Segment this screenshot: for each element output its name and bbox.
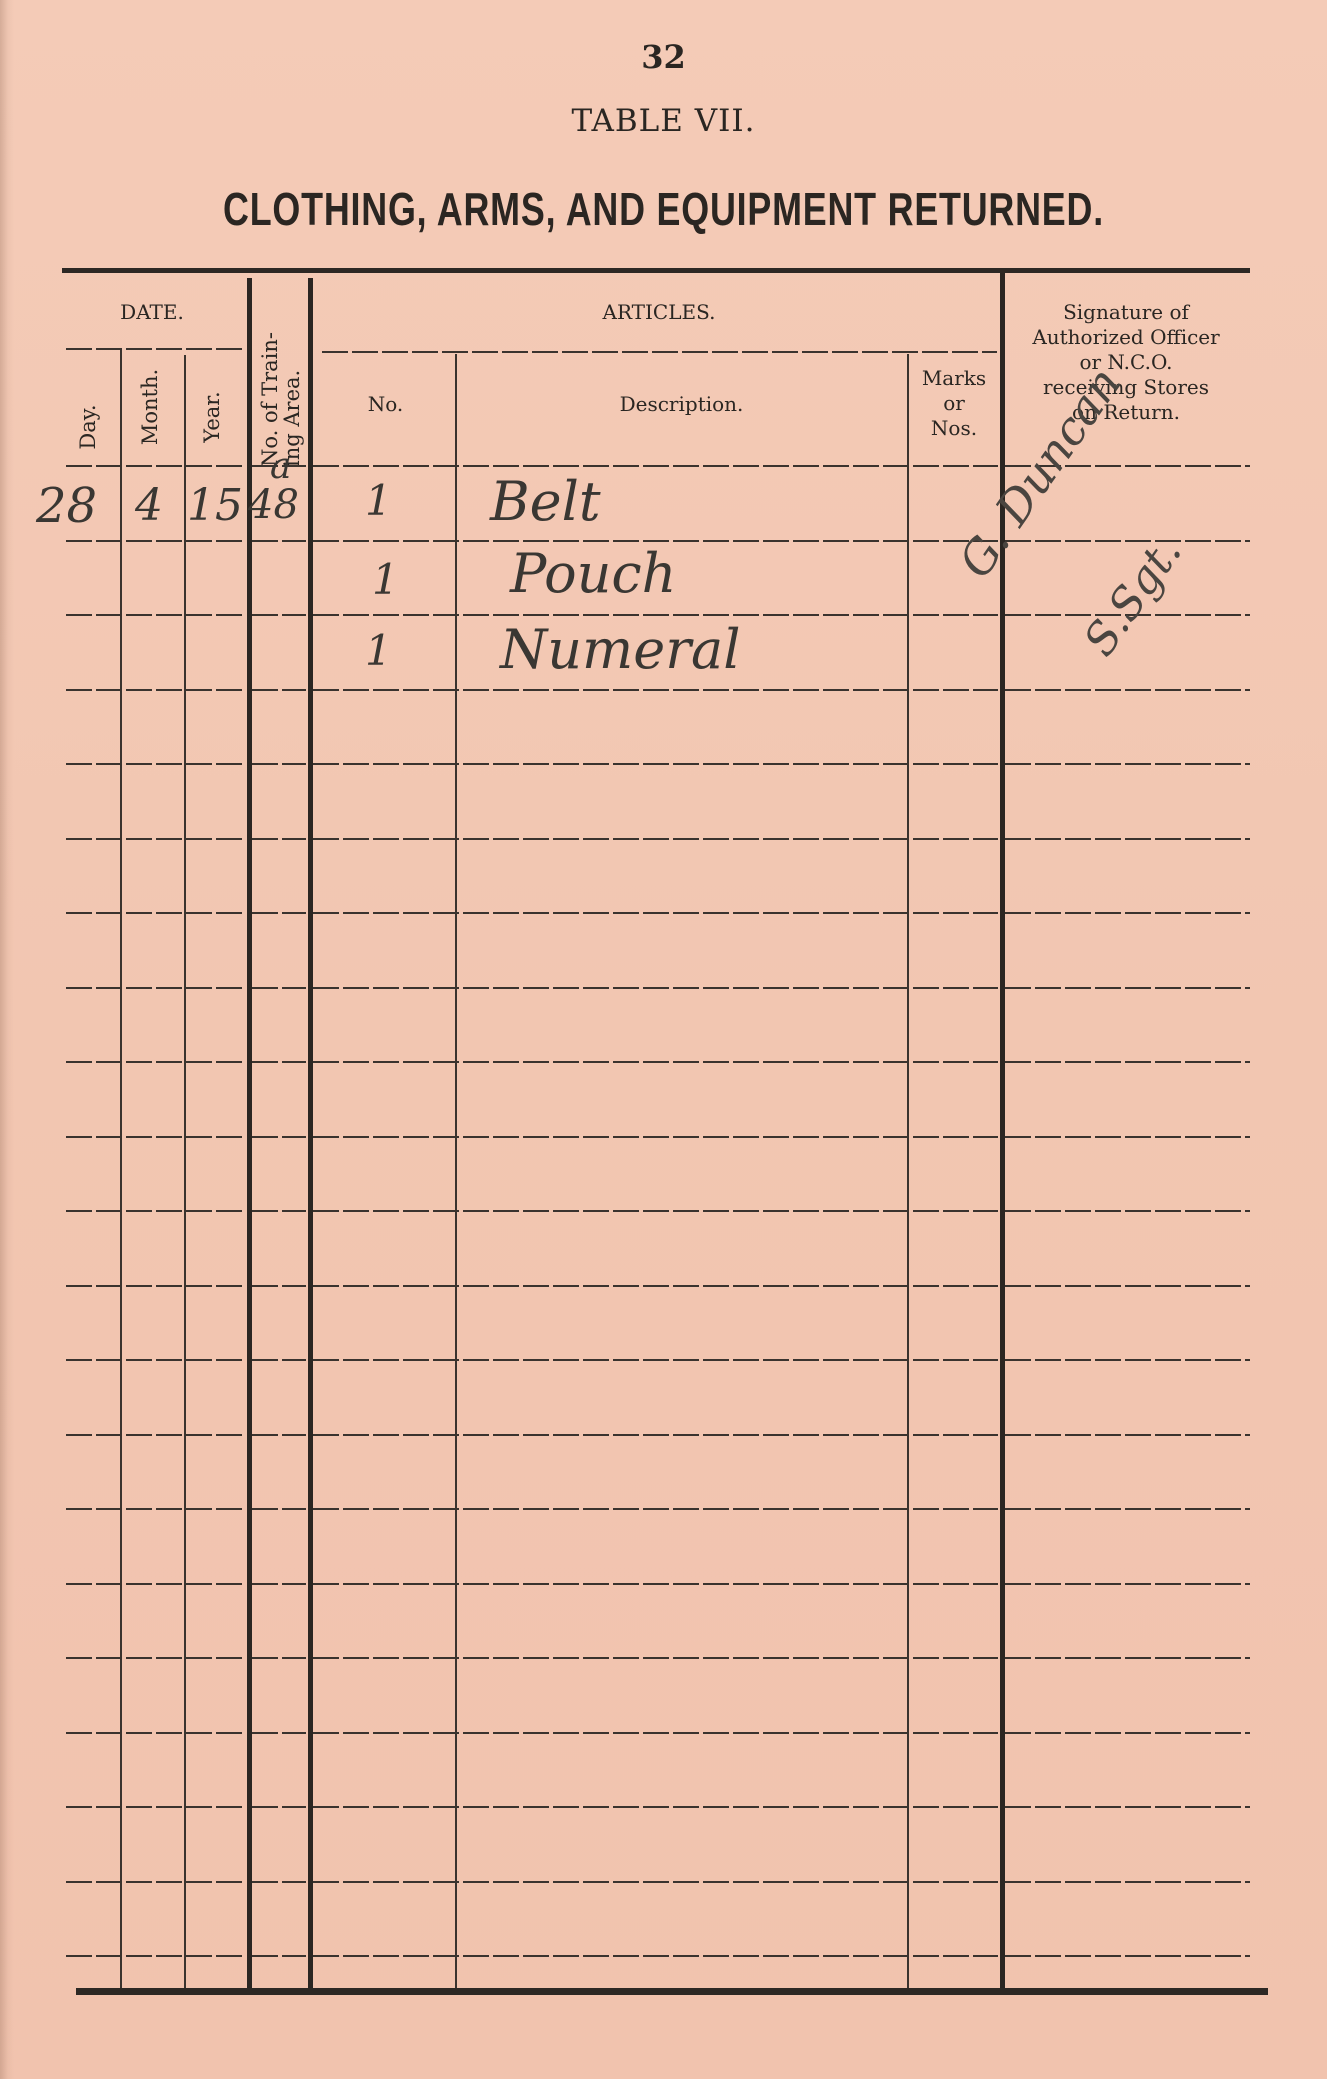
row-line [313,1508,998,1510]
header-marks: Marks or Nos. [908,366,1000,441]
row-line [66,1955,244,1957]
header-training-area-line2: ing Area. [281,297,303,467]
row-line [313,1881,998,1883]
row-line [66,614,244,616]
row-line [313,1955,998,1957]
row-line [252,987,306,989]
row-line [313,1732,998,1734]
row-line [66,465,244,467]
header-marks-line3: Nos. [908,416,1000,441]
row-line [1005,1508,1250,1510]
page-title: CLOTHING, ARMS, AND EQUIPMENT RETURNED. [146,182,1181,236]
row-line [1005,1210,1250,1212]
row-line [252,1136,306,1138]
entry-1-day: 28 [36,478,97,534]
row-line [66,1508,244,1510]
row-line [66,1583,244,1585]
page-number: 32 [0,38,1327,76]
header-no: No. [318,392,453,417]
row-line [1005,1359,1250,1361]
header-training-area-line1: No. of Train- [259,297,281,467]
header-signature: Signature of Authorized Officer or N.C.O… [1002,300,1250,425]
row-line [1005,1285,1250,1287]
row-line [313,987,998,989]
entry-1-training-area-suffix: a [270,446,291,487]
header-signature-line3: or N.C.O. [1002,350,1250,375]
row-line [66,1285,244,1287]
signature-rank: S.Sgt. [1074,527,1192,665]
header-signature-line2: Authorized Officer [1002,325,1250,350]
header-signature-line5: on Return. [1002,400,1250,425]
row-line [66,1136,244,1138]
entry-2-no: 1 [372,555,399,604]
row-line [66,838,244,840]
top-rule [62,268,1250,273]
row-line [313,763,998,765]
header-signature-line1: Signature of [1002,300,1250,325]
row-line [66,1806,244,1808]
row-line [66,1359,244,1361]
row-line [252,838,306,840]
entry-3-no: 1 [365,626,392,675]
row-line [66,1657,244,1659]
row-line [313,1806,998,1808]
row-line [252,1732,306,1734]
row-line [66,1881,244,1883]
entry-1-training-area: 48 [248,482,299,528]
row-line [313,1657,998,1659]
col-divider-month-year [184,355,186,1988]
row-line [1005,763,1250,765]
row-line [66,1061,244,1063]
header-training-area: No. of Train- ing Area. [259,297,303,467]
row-line [252,763,306,765]
row-line [313,1210,998,1212]
entry-1-description: Belt [490,470,601,533]
row-line [313,1136,998,1138]
row-line [1005,1434,1250,1436]
row-line [252,1359,306,1361]
row-line [1005,1732,1250,1734]
row-line [252,1285,306,1287]
row-line [66,1210,244,1212]
col-divider-day-month [120,350,122,1988]
row-line [313,465,998,467]
row-line [1005,1806,1250,1808]
row-line [313,689,998,691]
header-marks-line2: or [908,391,1000,416]
row-line [252,1061,306,1063]
row-line [1005,912,1250,914]
row-line [252,689,306,691]
row-line [252,1434,306,1436]
row-line [1005,1583,1250,1585]
row-line [1005,838,1250,840]
row-line [252,1657,306,1659]
row-line [66,987,244,989]
row-line [252,1881,306,1883]
col-divider-no-description [455,354,457,1988]
row-line [252,614,306,616]
row-line [313,838,998,840]
header-day: Day. [76,387,100,467]
row-line [1005,1955,1250,1957]
date-subrule [66,348,246,350]
header-articles: ARTICLES. [318,300,1000,325]
header-date: DATE. [62,300,242,325]
row-line [66,1732,244,1734]
entry-1-no: 1 [365,476,392,525]
row-line [66,912,244,914]
row-line [313,912,998,914]
row-line [313,1061,998,1063]
row-line [252,1806,306,1808]
row-line [1005,689,1250,691]
row-line [66,540,244,542]
row-line [313,614,998,616]
entry-1-year: 15 [187,480,243,531]
bottom-rule [76,1988,1268,1995]
entry-1-month: 4 [135,480,163,531]
row-line [1005,987,1250,989]
header-month: Month. [138,367,162,447]
row-line [1005,1136,1250,1138]
row-line [252,1583,306,1585]
articles-subrule [322,351,997,353]
entry-2-description: Pouch [510,542,676,605]
table-label: TABLE VII. [0,103,1327,139]
row-line [66,763,244,765]
row-line [313,1583,998,1585]
row-line [1005,1881,1250,1883]
row-line [252,540,306,542]
row-line [1005,540,1250,542]
row-line [1005,1061,1250,1063]
row-line [252,912,306,914]
row-line [313,1285,998,1287]
header-year: Year. [200,377,224,457]
col-divider-description-marks [907,354,909,1988]
row-line [66,689,244,691]
row-line [252,1508,306,1510]
row-line [252,1955,306,1957]
entry-3-description: Numeral [500,618,740,681]
header-marks-line1: Marks [908,366,1000,391]
row-line [313,1359,998,1361]
row-line [252,1210,306,1212]
header-description: Description. [455,392,908,417]
row-line [1005,1657,1250,1659]
row-line [66,1434,244,1436]
row-line [313,1434,998,1436]
